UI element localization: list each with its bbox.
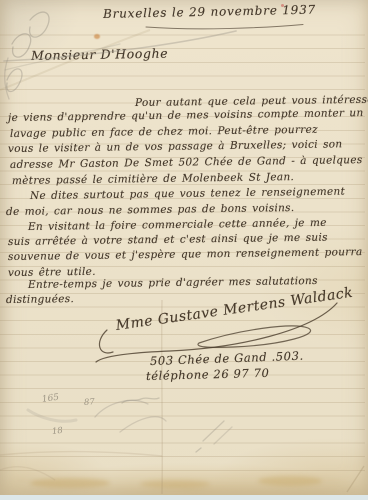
ink-stain (94, 34, 100, 39)
body-line: distinguées. (6, 293, 74, 306)
paper-stain (258, 476, 322, 486)
scanned-letter: Bruxelles le 29 novembre 1937 Monsieur D… (0, 0, 368, 500)
pencil-number: 87 (84, 397, 95, 408)
paper-speck (281, 4, 284, 7)
dateline: Bruxelles le 29 novembre 1937 (103, 3, 316, 21)
salutation: Monsieur D'Hooghe (31, 46, 168, 63)
paper-stain (140, 480, 210, 488)
pencil-number: 18 (51, 426, 63, 437)
letter-paper: Bruxelles le 29 novembre 1937 Monsieur D… (0, 0, 368, 495)
paper-stain (30, 478, 110, 488)
body-line: vous être utile. (8, 266, 96, 279)
